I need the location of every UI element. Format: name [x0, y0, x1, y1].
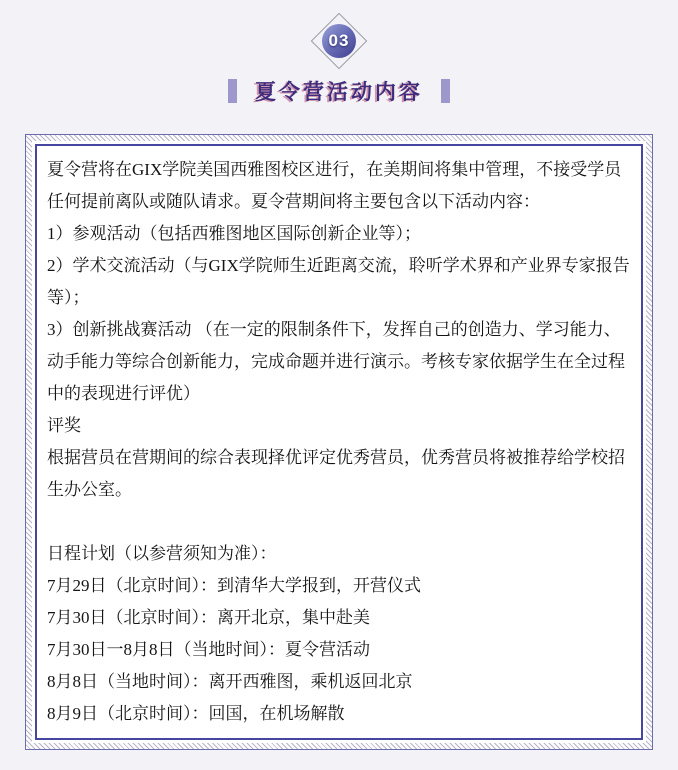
paragraph: 评奖 [47, 410, 631, 442]
paragraph: 7月30日（北京时间）：离开北京，集中赴美 [47, 602, 631, 634]
badge-number: 03 [322, 24, 356, 58]
content-frame: 夏令营将在GIX学院美国西雅图校区进行，在美期间将集中管理，不接受学员任何提前离… [25, 134, 653, 750]
paragraph: 根据营员在营期间的综合表现择优评定优秀营员，优秀营员将被推荐给学校招生办公室。 [47, 442, 631, 506]
paragraph [47, 506, 631, 538]
paragraph: 8月9日（北京时间）：回国，在机场解散 [47, 698, 631, 730]
page-title: 夏令营活动内容 [255, 76, 423, 106]
section-badge: 03 [310, 12, 368, 70]
paragraph: 7月29日（北京时间）：到清华大学报到，开营仪式 [47, 570, 631, 602]
paragraph: 3）创新挑战赛活动 （在一定的限制条件下，发挥自己的创造力、学习能力、动手能力等… [47, 314, 631, 410]
page: 03 夏令营活动内容 夏令营将在GIX学院美国西雅图校区进行，在美期间将集中管理… [0, 12, 678, 750]
paragraph: 2）学术交流活动（与GIX学院师生近距离交流，聆听学术界和产业界专家报告等）； [47, 250, 631, 314]
paragraph: 日程计划（以参营须知为准）： [47, 538, 631, 570]
section-title-row: 夏令营活动内容 [0, 76, 678, 106]
paragraph: 夏令营将在GIX学院美国西雅图校区进行，在美期间将集中管理，不接受学员任何提前离… [47, 154, 631, 218]
content-frame-gap: 夏令营将在GIX学院美国西雅图校区进行，在美期间将集中管理，不接受学员任何提前离… [32, 141, 646, 743]
paragraph: 1）参观活动（包括西雅图地区国际创新企业等）； [47, 218, 631, 250]
paragraph: 8月8日（当地时间）：离开西雅图，乘机返回北京 [47, 666, 631, 698]
paragraph: 7月30日一8月8日（当地时间）：夏令营活动 [47, 634, 631, 666]
title-right-bar-icon [441, 79, 450, 103]
paragraph-list: 夏令营将在GIX学院美国西雅图校区进行，在美期间将集中管理，不接受学员任何提前离… [47, 154, 631, 730]
title-left-bar-icon [228, 79, 237, 103]
content-box: 夏令营将在GIX学院美国西雅图校区进行，在美期间将集中管理，不接受学员任何提前离… [35, 144, 643, 740]
